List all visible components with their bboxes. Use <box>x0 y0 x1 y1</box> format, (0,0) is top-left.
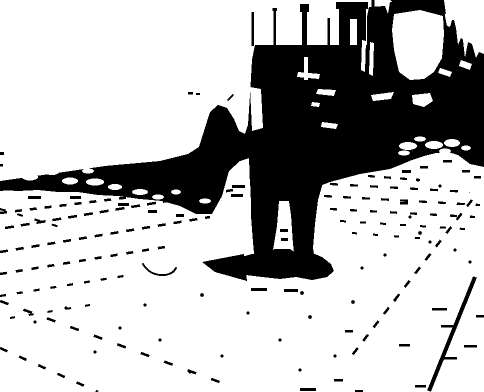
curved-mark-and-tick-shape <box>143 264 176 275</box>
poles-and-gate-shape <box>252 12 255 46</box>
floor-dots-shape <box>220 354 223 357</box>
tile-grout-lines-shape <box>10 305 90 318</box>
white-texture-holes-shape <box>461 146 471 151</box>
white-texture-holes-shape <box>132 189 148 195</box>
poles-and-gate-shape <box>273 8 278 11</box>
ground-speckle-dashes-shape <box>280 229 288 232</box>
white-texture-holes-shape <box>62 178 78 185</box>
poles-and-gate-shape <box>0 164 3 167</box>
floor-dots-shape <box>428 240 431 243</box>
ground-speckle-dashes-shape <box>231 194 243 197</box>
white-texture-holes-shape <box>199 199 211 204</box>
ground-speckle-dashes-shape <box>420 166 428 169</box>
binarized-plaza-scene <box>0 0 484 392</box>
tile-grout-lines-shape <box>368 176 420 180</box>
ground-speckle-dashes-shape <box>281 238 288 241</box>
ground-speckle-dashes-shape <box>70 196 81 199</box>
floor-dots-shape <box>300 291 304 295</box>
tile-grout-lines-shape <box>429 277 475 391</box>
tile-grout-lines-shape <box>340 221 465 229</box>
tile-grout-lines-shape <box>352 233 430 239</box>
ground-speckle-dashes-shape <box>402 170 411 173</box>
floor-dots-shape <box>298 368 301 371</box>
floor-dots-shape <box>278 338 281 341</box>
ground-speckle-dashes-shape <box>443 160 452 163</box>
floor-dots-shape <box>360 266 363 269</box>
white-texture-holes-shape <box>399 142 417 150</box>
tile-grout-lines-shape <box>0 247 165 274</box>
poles-and-gate-shape <box>336 2 368 9</box>
ground-speckle-dashes-shape <box>476 315 484 318</box>
binarized-photo-svg <box>0 0 484 392</box>
poles-and-gate-shape <box>339 9 350 47</box>
ground-speckle-dashes-shape <box>334 379 343 382</box>
floor-dots-shape <box>158 338 161 341</box>
floor-dots-shape <box>416 178 419 181</box>
white-texture-holes-shape <box>425 141 443 149</box>
poles-and-gate-shape <box>196 93 200 95</box>
white-texture-holes-shape <box>444 139 460 147</box>
white-texture-holes-shape <box>414 137 426 142</box>
white-texture-holes-shape <box>82 169 94 174</box>
ground-speckle-dashes-shape <box>415 385 426 388</box>
tile-grout-lines-shape <box>0 209 60 227</box>
floor-dots-shape <box>438 184 441 187</box>
poles-and-gate-shape <box>188 92 193 95</box>
poles-and-gate-shape <box>0 152 4 155</box>
floor-dots-shape <box>418 231 422 235</box>
ground-speckle-dashes-shape <box>251 288 267 291</box>
ground-speckle-dashes-shape <box>399 344 410 347</box>
floor-dots-shape <box>144 304 147 307</box>
poles-and-gate-shape <box>328 18 331 46</box>
white-gaps-in-band-shape <box>250 87 263 131</box>
floor-dots-shape <box>64 306 67 309</box>
tile-grout-lines-shape <box>0 348 98 392</box>
white-texture-holes-shape <box>108 184 122 190</box>
floor-dots-shape <box>34 321 37 324</box>
ground-speckle-dashes-shape <box>176 214 184 217</box>
tile-grout-lines-shape <box>330 209 475 217</box>
ground-speckle-dashes-shape <box>464 345 477 348</box>
curved-mark-and-tick-shape <box>228 95 233 100</box>
ground-speckle-dashes-shape <box>345 330 353 333</box>
floor-dots-shape <box>393 298 396 301</box>
ground-speckle-dashes-shape <box>432 308 447 311</box>
white-texture-holes-shape <box>86 179 104 186</box>
ground-speckle-dashes-shape <box>474 176 481 179</box>
ground-speckle-dashes-shape <box>400 202 408 205</box>
floor-dots-shape <box>453 248 456 251</box>
tile-grout-lines-shape <box>330 184 470 192</box>
poles-and-gate-shape <box>423 8 433 11</box>
floor-dots-shape <box>308 315 312 319</box>
ground-speckle-dashes-shape <box>462 170 470 173</box>
ground-speckle-dashes-shape <box>148 210 157 213</box>
floor-dots-shape <box>383 253 386 256</box>
ground-speckle-dashes-shape <box>28 196 41 199</box>
tile-grout-lines-shape <box>0 217 210 252</box>
white-texture-holes-shape <box>45 169 59 175</box>
white-texture-holes-shape <box>439 149 451 154</box>
tile-grout-lines-shape <box>0 301 233 387</box>
floor-dots-shape <box>468 260 471 263</box>
white-texture-holes-shape <box>22 174 38 181</box>
ground-speckle-dashes-shape <box>232 185 245 188</box>
floor-dots-shape <box>246 311 249 314</box>
poles-and-gate-shape <box>300 4 309 12</box>
floor-dots-shape <box>118 326 121 329</box>
ground-speckle-dashes-shape <box>284 289 298 292</box>
floor-dots-shape <box>408 215 411 218</box>
poles-and-gate-shape <box>372 0 375 36</box>
floor-dots-shape <box>351 300 355 304</box>
white-texture-holes-shape <box>171 190 181 195</box>
poles-and-gate-shape <box>274 8 277 46</box>
floor-dots-shape <box>200 293 204 297</box>
floor-dots-shape <box>94 351 97 354</box>
floor-dots-shape <box>333 354 336 357</box>
tile-grout-lines-shape <box>0 275 130 296</box>
tile-grout-lines <box>0 176 480 392</box>
floor-dots-shape <box>189 371 192 374</box>
white-texture-holes-shape <box>152 195 164 200</box>
ground-speckle-dashes-shape <box>300 388 316 391</box>
white-texture-holes-shape <box>398 151 410 156</box>
ground-speckle-dashes-shape <box>118 203 129 206</box>
